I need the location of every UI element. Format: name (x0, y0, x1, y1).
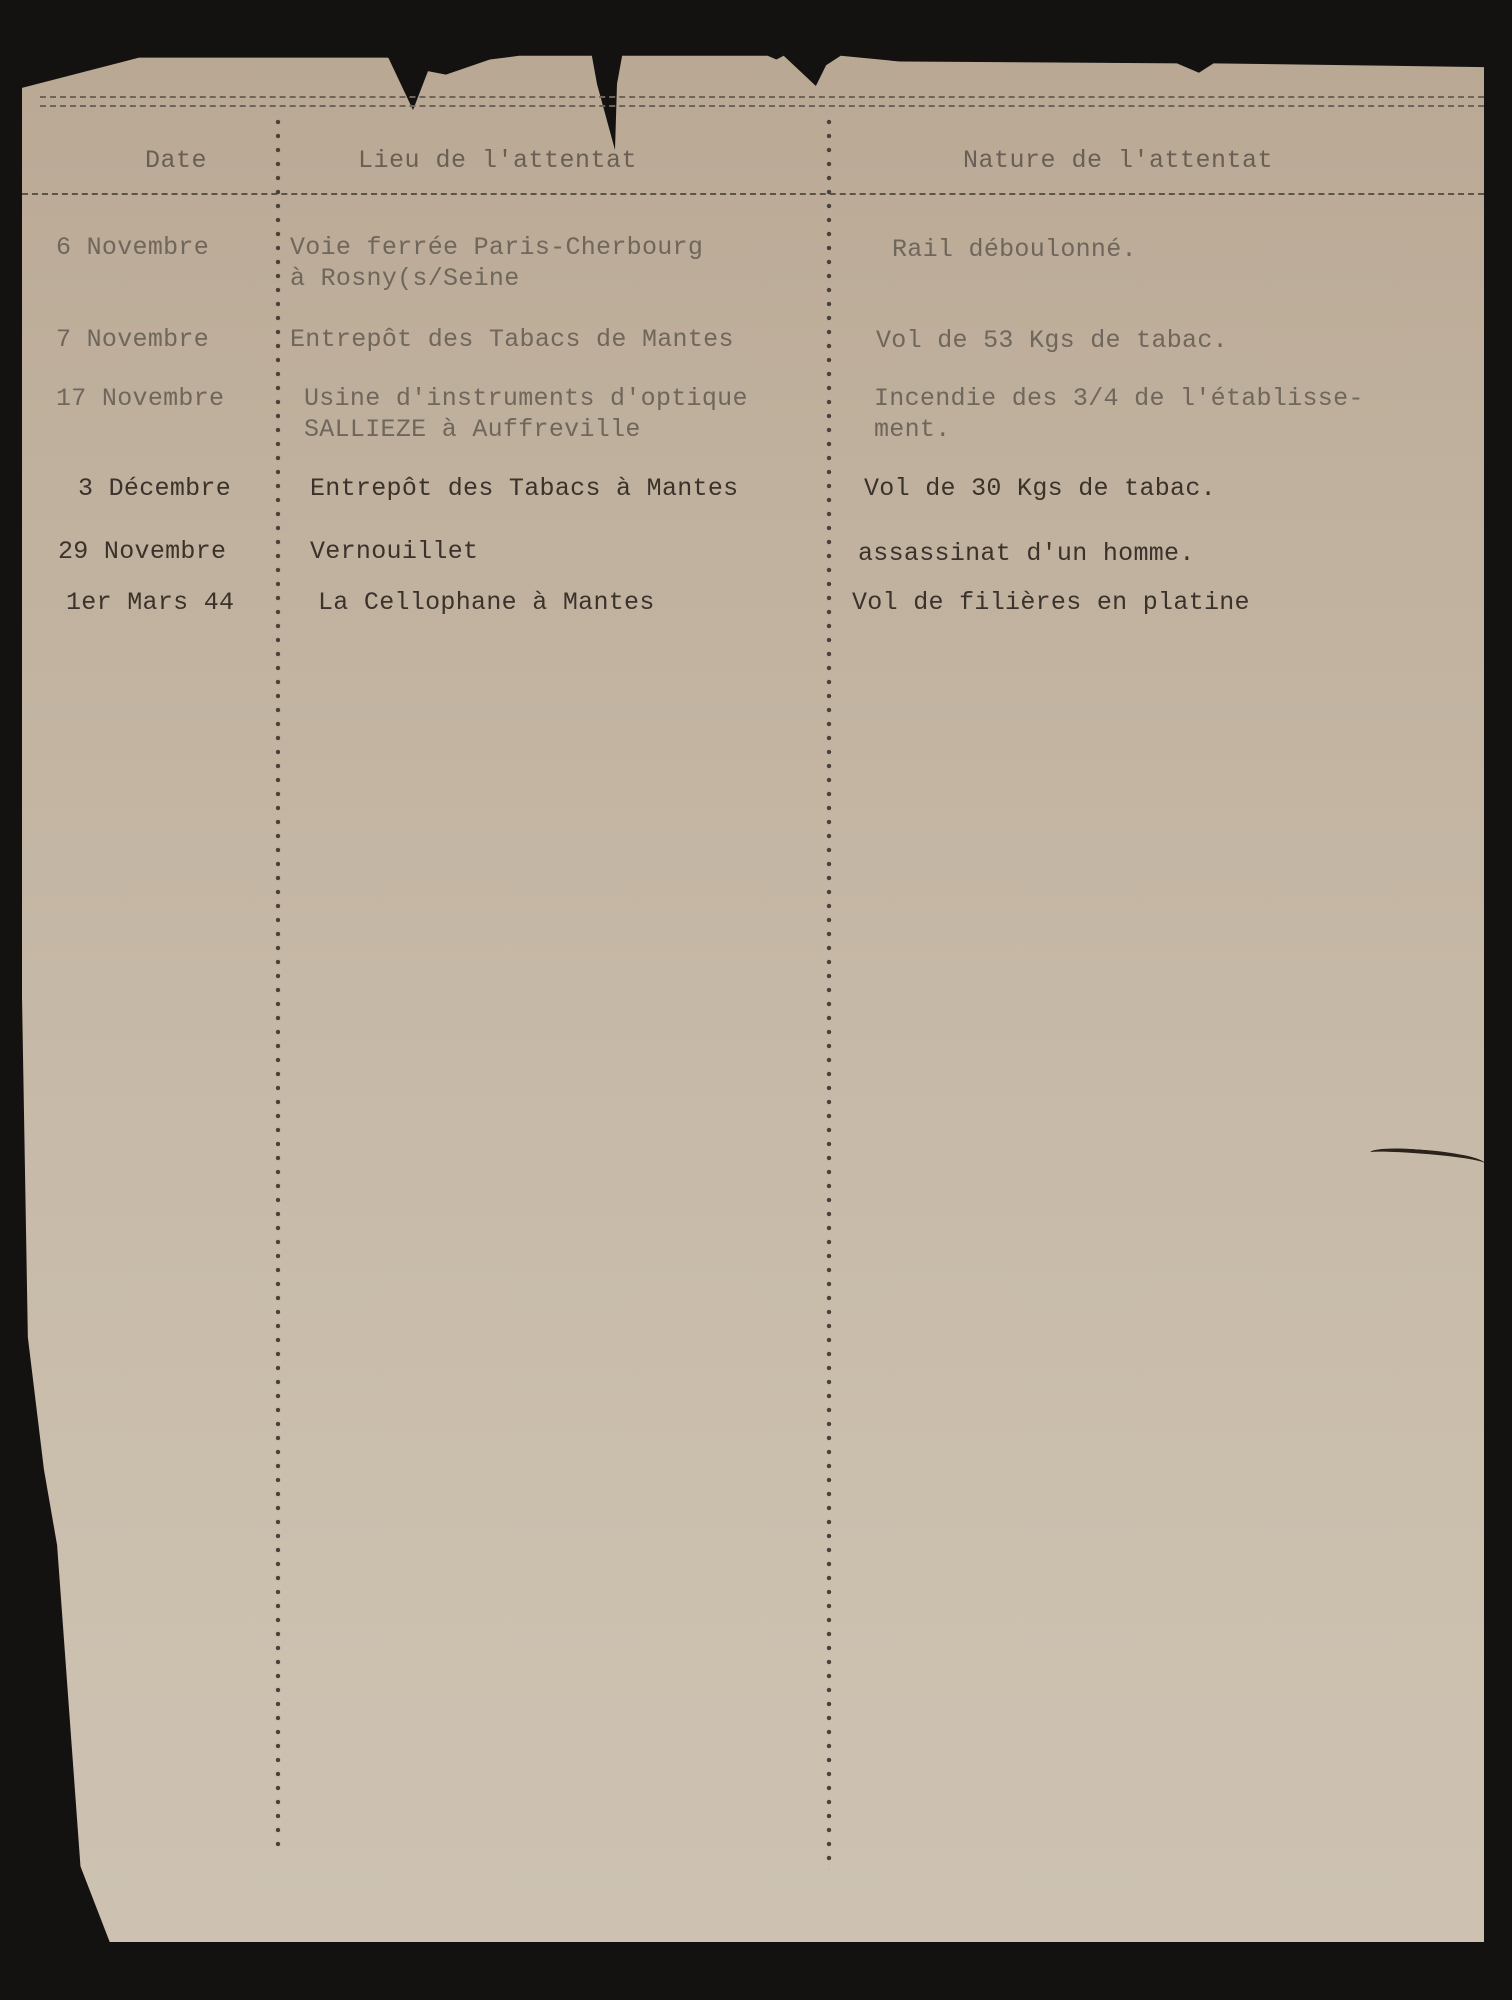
row-4-date: 3 Décembre (78, 473, 231, 504)
column-separator-lieu-nature (826, 115, 832, 1870)
row-3-nature: Incendie des 3/4 de l'établisse- ment. (874, 383, 1364, 445)
row-2-lieu: Entrepôt des Tabacs de Mantes (290, 324, 734, 355)
top-double-rule (40, 96, 1484, 107)
row-2-nature: Vol de 53 Kgs de tabac. (876, 325, 1228, 356)
header-lieu: Lieu de l'attentat (358, 146, 637, 175)
row-5-lieu: Vernouillet (310, 536, 478, 567)
row-6-lieu: La Cellophane à Mantes (318, 587, 655, 618)
header-nature: Nature de l'attentat (963, 146, 1273, 175)
row-1-date: 6 Novembre (56, 232, 209, 263)
column-separator-date-lieu (275, 115, 281, 1850)
row-5-date: 29 Novembre (58, 536, 226, 567)
row-4-nature: Vol de 30 Kgs de tabac. (864, 473, 1216, 504)
document-table: Date Lieu de l'attentat Nature de l'atte… (0, 0, 1512, 2000)
row-5-nature: assassinat d'un homme. (858, 538, 1195, 569)
row-6-date: 1er Mars 44 (66, 587, 234, 618)
row-1-lieu: Voie ferrée Paris-Cherbourg à Rosny(s/Se… (290, 232, 703, 294)
header-rule (22, 193, 1484, 195)
row-4-lieu: Entrepôt des Tabacs à Mantes (310, 473, 738, 504)
row-3-lieu: Usine d'instruments d'optique SALLIEZE à… (304, 383, 748, 445)
row-2-date: 7 Novembre (56, 324, 209, 355)
row-6-nature: Vol de filières en platine (852, 587, 1250, 618)
row-1-nature: Rail déboulonné. (892, 234, 1137, 265)
header-date: Date (145, 146, 207, 175)
row-3-date: 17 Novembre (56, 383, 224, 414)
